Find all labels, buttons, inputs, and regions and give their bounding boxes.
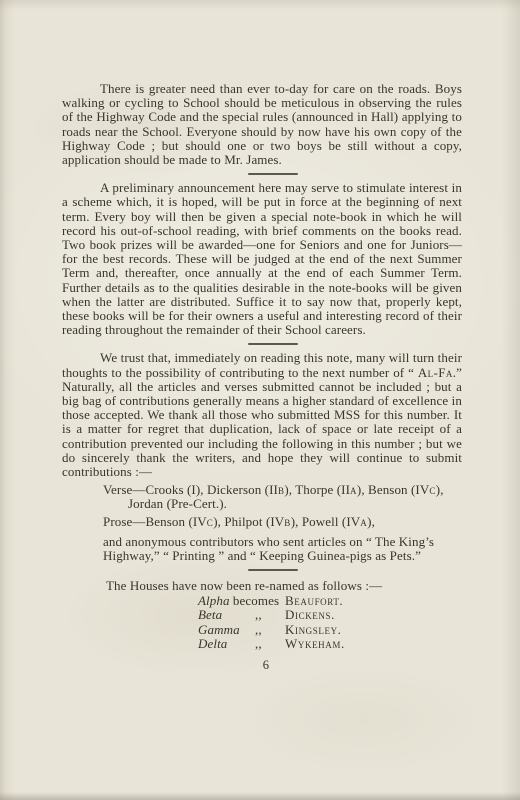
paragraph-reading-scheme: A preliminary announcement here may serv… — [62, 181, 462, 337]
house-row: Beta ,, Dickens. — [198, 608, 462, 623]
house-row: Alpha becomes Beaufort. — [198, 594, 462, 609]
paragraph-road-safety: There is greater need than ever to-day f… — [62, 82, 462, 167]
section-divider — [248, 343, 298, 345]
magazine-page: There is greater need than ever to-day f… — [0, 0, 520, 800]
house-new-name: Dickens. — [285, 608, 462, 623]
paragraph-contributions: We trust that, immediately on reading th… — [62, 351, 462, 479]
house-link-word: becomes — [233, 593, 279, 608]
house-row: Delta ,, Wykeham. — [198, 637, 462, 652]
page-number: 6 — [62, 658, 462, 672]
house-new-name: Wykeham. — [285, 637, 462, 652]
text-fragment: ), Powell (IV — [291, 514, 361, 529]
section-divider — [248, 569, 298, 571]
magazine-title: Al-Fa — [418, 365, 453, 380]
house-old-and-link: Alpha becomes — [198, 594, 285, 609]
section-divider — [248, 173, 298, 175]
ditto-mark: ,, — [255, 608, 285, 623]
house-old-name: Alpha — [198, 593, 230, 608]
page-text-block: There is greater need than ever to-day f… — [62, 82, 462, 672]
houses-table: Alpha becomes Beaufort. Beta ,, Dickens.… — [198, 594, 462, 652]
ditto-mark: ,, — [255, 623, 285, 638]
text-fragment: ), Benson (IV — [357, 482, 429, 497]
ditto-mark: ,, — [255, 637, 285, 652]
form-letter: a — [350, 482, 357, 497]
house-old-name: Delta — [198, 637, 255, 652]
house-row: Gamma ,, Kingsley. — [198, 623, 462, 638]
verse-contributors-line: Verse—Crooks (I), Dickerson (IIb), Thorp… — [103, 483, 462, 511]
prose-contributors-line: Prose—Benson (IVc), Philpot (IVb), Powel… — [103, 515, 462, 529]
house-old-name: Gamma — [198, 623, 255, 638]
text-fragment: Verse—Crooks (I), Dickerson (II — [103, 482, 278, 497]
text-fragment: ), Philpot (IV — [213, 514, 284, 529]
houses-intro: The Houses have now been re-named as fol… — [62, 579, 462, 593]
house-new-name: Kingsley. — [285, 623, 462, 638]
text-fragment: ), — [367, 514, 375, 529]
house-old-name: Beta — [198, 608, 255, 623]
text-fragment: ), Thorpe (II — [284, 482, 350, 497]
text-fragment: .” Naturally, all the articles and verse… — [62, 365, 462, 479]
anonymous-contributors-line: and anonymous contributors who sent arti… — [103, 535, 462, 563]
text-fragment: We trust that, immediately on reading th… — [62, 350, 462, 379]
text-fragment: Prose—Benson (IV — [103, 514, 207, 529]
house-new-name: Beaufort. — [285, 594, 462, 609]
